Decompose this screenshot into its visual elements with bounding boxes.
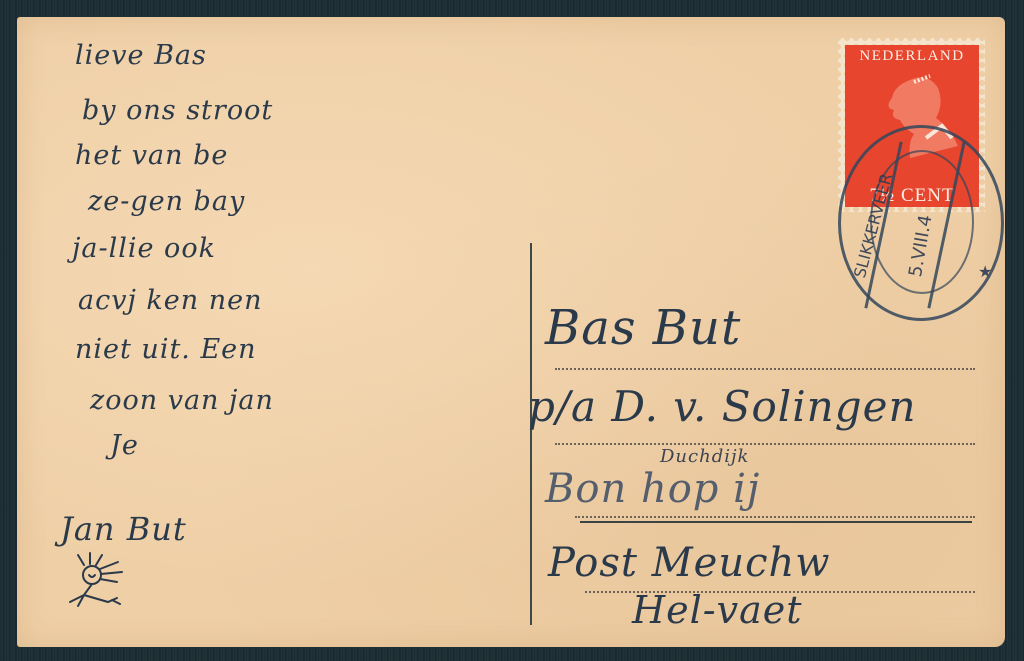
message-line-4: ze-gen bay: [88, 186, 245, 217]
address-dotted-line-1: [555, 368, 975, 370]
message-line-2: by ons stroot: [82, 95, 273, 126]
message-line-3: het van be: [75, 140, 228, 171]
message-line-7: niet uit. Een: [75, 334, 257, 365]
child-drawing-icon: [62, 550, 142, 615]
postcard-divider: [530, 243, 532, 625]
message-line-6: acvj ken nen: [78, 285, 263, 316]
address-dotted-line-3: [575, 516, 975, 518]
address-underline: [580, 521, 972, 523]
message-line-5: ja-llie ook: [72, 233, 216, 264]
message-line-1: lieve Bas: [75, 40, 207, 71]
address-line-5: Hel-vaet: [632, 588, 803, 632]
address-line-4: Post Meuchw: [548, 540, 830, 586]
address-note: Duchdijk: [660, 446, 749, 467]
signature: Jan But: [60, 510, 187, 548]
address-dotted-line-2: [555, 443, 975, 445]
address-care-of: p/a D. v. Solingen: [528, 382, 917, 431]
message-line-9: Je: [110, 430, 139, 461]
address-line-3: Bon hop ij: [545, 466, 760, 512]
message-line-8: zoon van jan: [90, 385, 274, 416]
address-name: Bas But: [545, 300, 741, 356]
stamp-country: NEDERLAND: [845, 48, 979, 65]
star-icon: ★: [978, 262, 992, 281]
